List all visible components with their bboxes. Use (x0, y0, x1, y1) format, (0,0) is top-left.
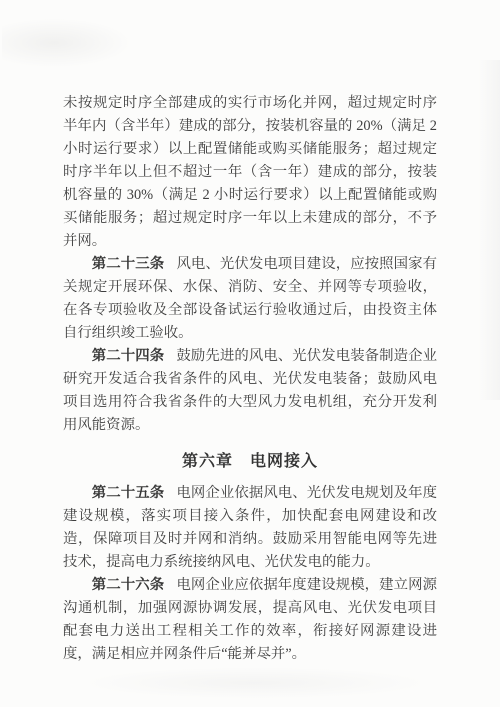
page-content: 未按规定时序全部建成的实行市场化并网，超过规定时序半年内（含半年）建成的部分，按… (63, 92, 437, 666)
page-number: — 7 — (0, 649, 500, 661)
chapter-heading: 第六章 电网接入 (63, 450, 437, 473)
scan-smudge (478, 60, 500, 400)
article-number: 第二十三条 (92, 256, 164, 272)
paragraph-text: 未按规定时序全部建成的实行市场化并网，超过规定时序半年内（含半年）建成的部分，按… (63, 95, 437, 249)
article-number: 第二十四条 (92, 348, 164, 364)
article-number: 第二十六条 (92, 577, 164, 593)
paragraph: 第二十三条风电、光伏发电项目建设，应按照国家有关规定开展环保、水保、消防、安全、… (63, 253, 437, 345)
paragraph: 未按规定时序全部建成的实行市场化并网，超过规定时序半年内（含半年）建成的部分，按… (63, 92, 437, 253)
scan-smudge (2, 18, 132, 68)
paragraph: 第二十四条鼓励先进的风电、光伏发电装备制造企业研究开发适合我省条件的风电、光伏发… (63, 345, 437, 437)
scan-smudge (90, 668, 420, 698)
article-number: 第二十五条 (92, 485, 164, 501)
paragraph: 第二十五条电网企业依据风电、光伏发电规划及年度建设规模，落实项目接入条件，加快配… (63, 482, 437, 574)
document-page: 未按规定时序全部建成的实行市场化并网，超过规定时序半年内（含半年）建成的部分，按… (0, 0, 500, 707)
